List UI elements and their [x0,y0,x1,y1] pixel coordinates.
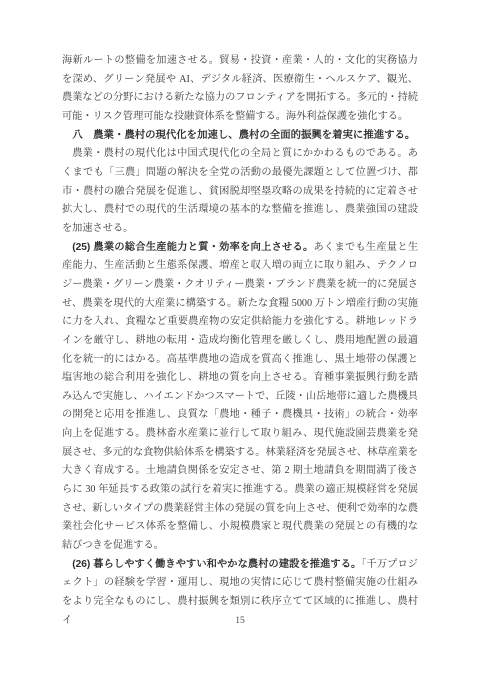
document-page: 海新ルートの整備を加速させる。貿易・投資・産業・人的・文化的実務協力を深め、グリ… [0,0,480,679]
item-26-lead: (26) 暮らしやすく働きやすい和やかな農村の建設を推進する。 [72,559,361,570]
paragraph-continuation: 海新ルートの整備を加速させる。貿易・投資・産業・人的・文化的実務協力を深め、グリ… [62,52,418,127]
paragraph-intro: 農業・農村の現代化は中国式現代化の全局と質にかかわるものである。あくまでも「三農… [62,145,418,238]
page-content: 海新ルートの整備を加速させる。貿易・投資・産業・人的・文化的実務協力を深め、グリ… [62,52,418,630]
item-25-body: あくまでも生産量と生産能力、生産活動と生態系保護、増産と収入増の両立に取り組み、… [62,242,418,552]
paragraph-item-25: (25) 農業の総合生産能力と質・効率を向上させる。あくまでも生産量と生産能力、… [62,239,418,556]
item-25-lead: (25) 農業の総合生産能力と質・効率を向上させる。 [72,242,313,253]
page-number: 15 [0,616,480,626]
section-heading-8: 八 農業・農村の現代化を加速し、農村の全面的振興を着実に推進する。 [62,127,418,146]
